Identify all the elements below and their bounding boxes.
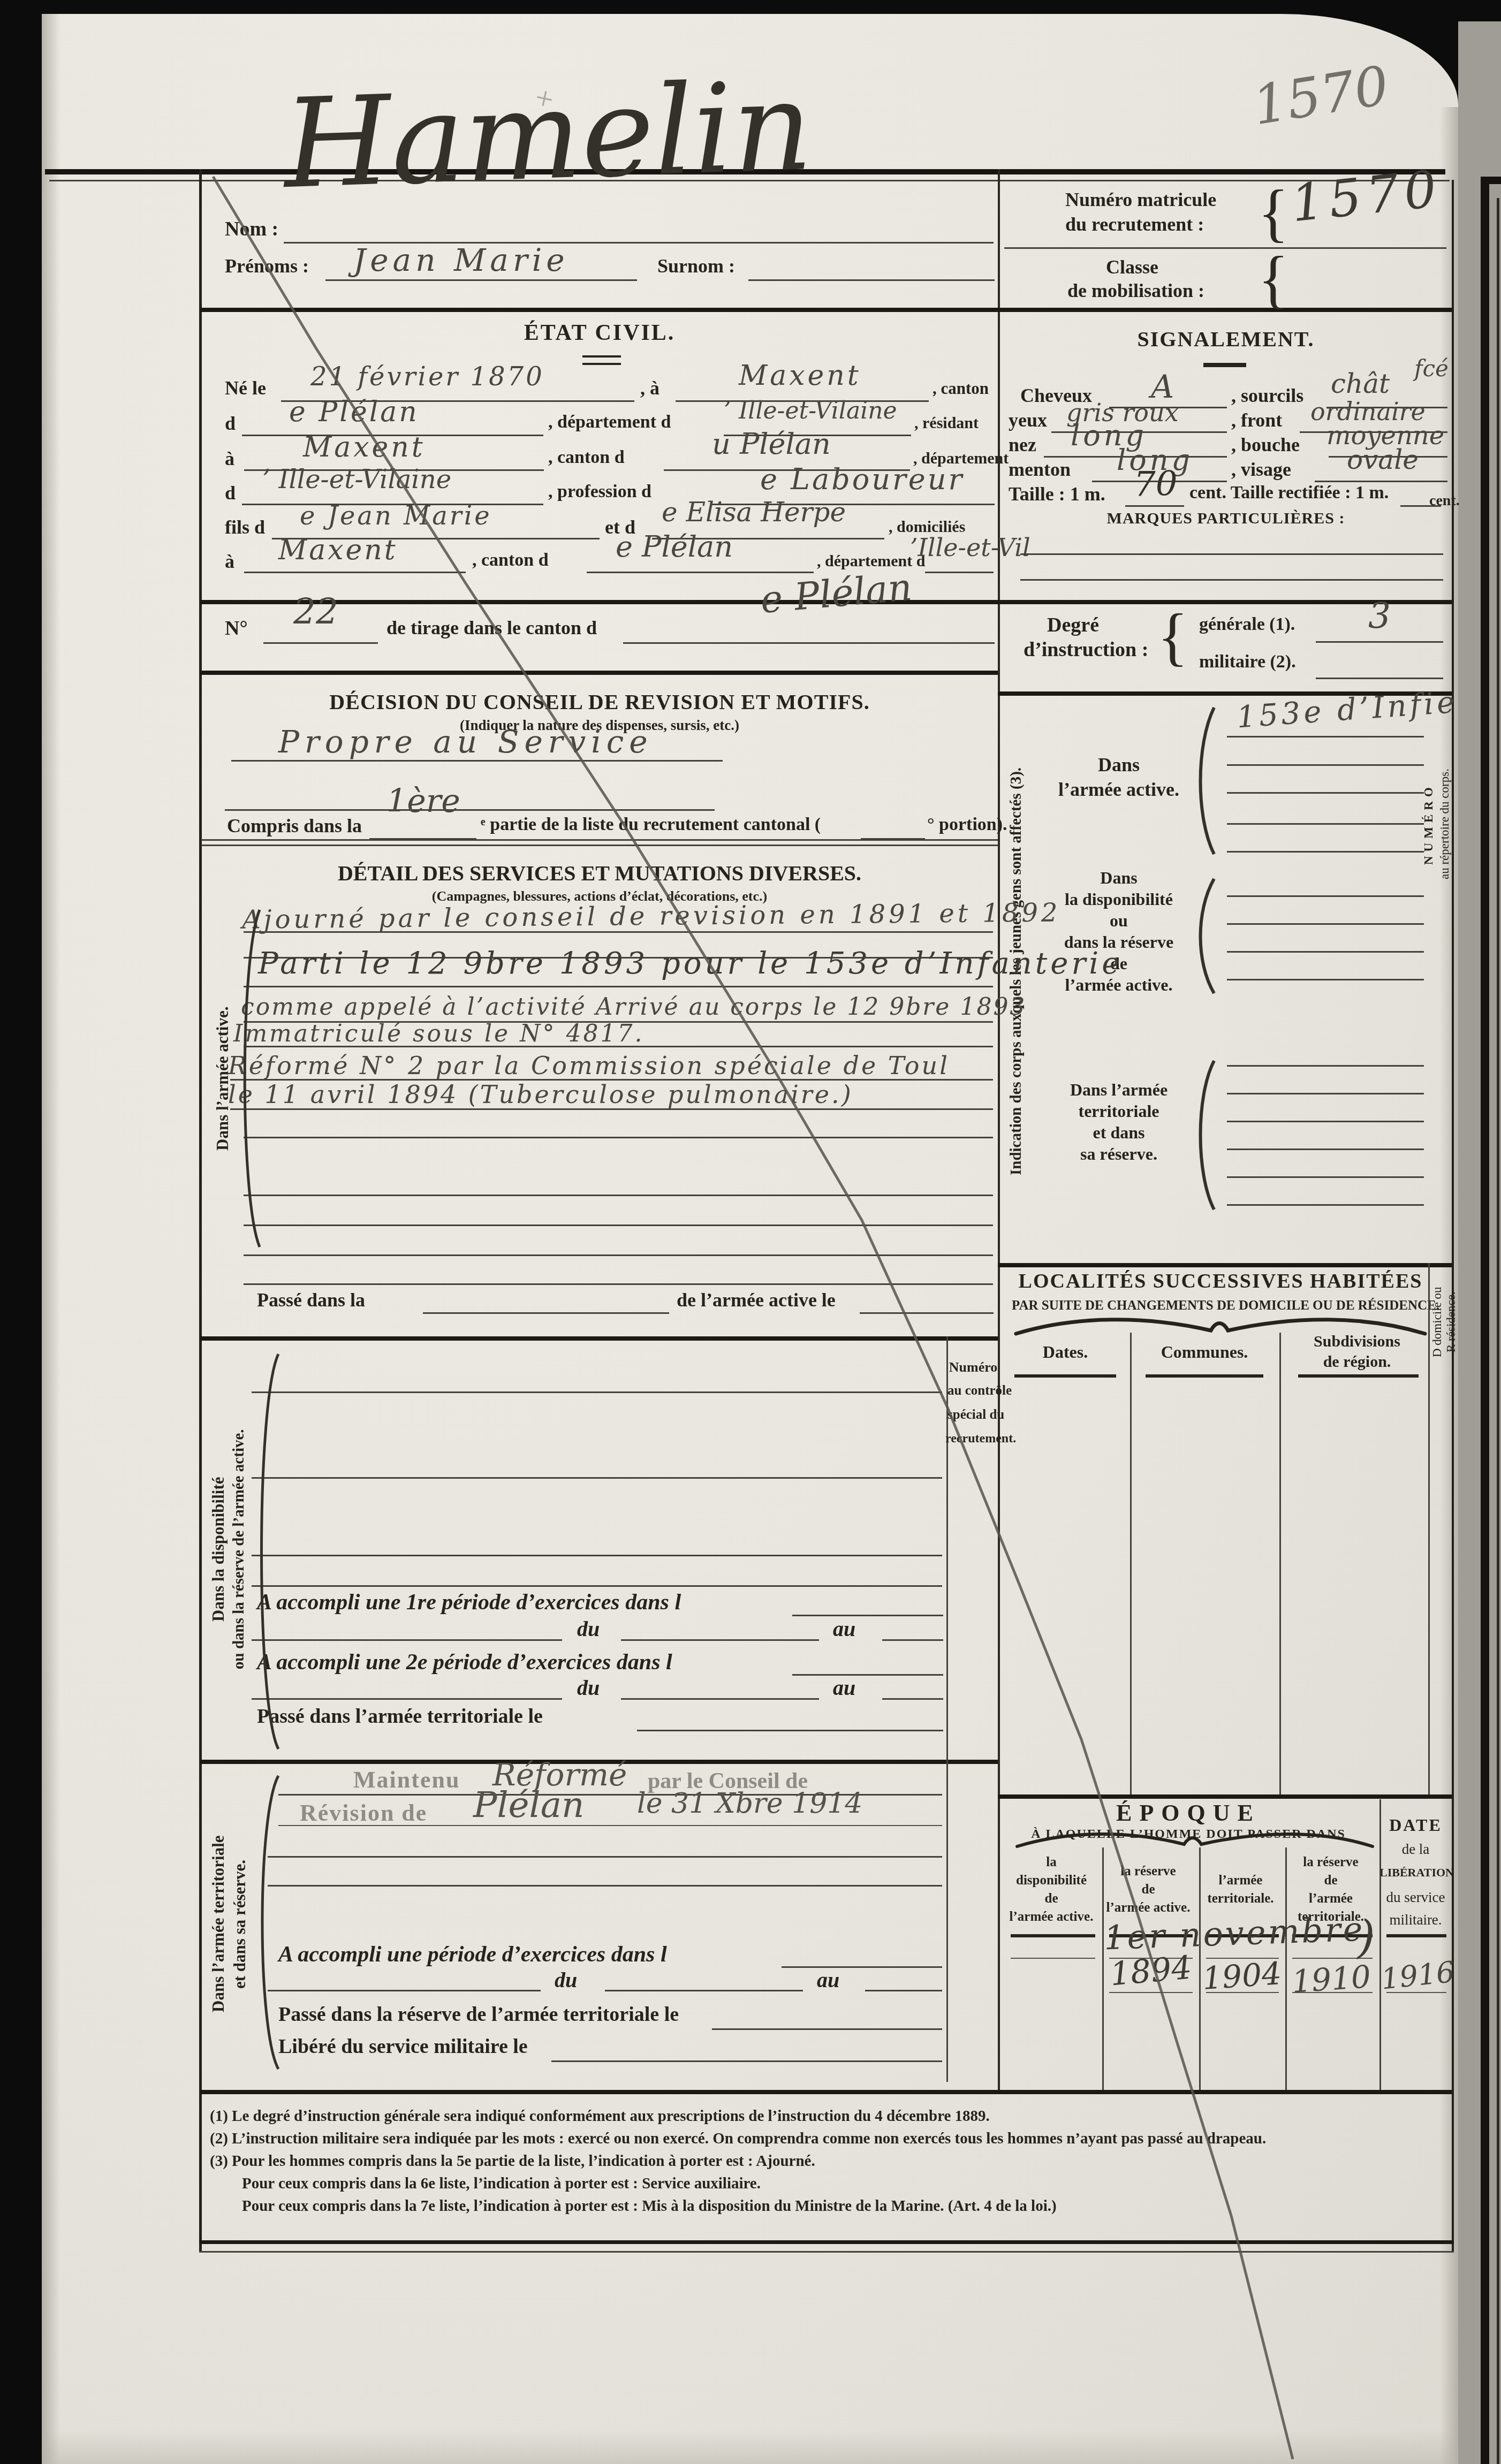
line [1227,895,1424,897]
localites-col-divider [1279,1333,1281,1794]
epoque-subtitle: À LAQUELLE L’HOMME DOIT PASSER DANS [1012,1827,1365,1842]
tirage-no-label: N° [225,617,248,640]
pere-value: e Jean Marie [300,501,492,531]
epoque-date-line-1: de la [1379,1841,1452,1858]
epoque-date-divider [1379,1799,1381,2090]
surnom-line [748,279,995,281]
next-page-frame-inner [1497,198,1499,2464]
localites-col-divider [1130,1333,1132,1794]
matricule-brace: { [1258,181,1289,245]
epoque-date-line-2: LIBÉRATION [1379,1866,1452,1880]
epoque-year-1910: 1910 [1290,1958,1373,2000]
epoque-date-line-0: DATE [1379,1815,1452,1835]
epoque-year-1916: 1916 [1379,1955,1452,1996]
controle-box-line-1: au contrôle [947,1383,999,1398]
line [1316,678,1443,679]
mere-value: e Elisa Herpe [662,497,846,528]
dispo-vertical-label-1: Dans la disponibilité [209,1354,229,1745]
card-frame-left [199,169,202,2252]
corps-active-label-1: Dans [1065,754,1172,776]
departement-value: ’Ille-et-Vil [910,533,1030,562]
passe-active-label-1: Passé dans la [257,1289,365,1311]
epoque-col1-line-3: l’armée active. [1005,1910,1097,1925]
compris-label-2: ᵉ partie de la liste du recrutement cant… [481,815,821,835]
line [244,986,993,987]
canton-value: e Plélan [289,396,419,428]
canton-value: u Plélan [712,427,831,461]
footnote-5: Pour ceux compris dans la 7e liste, l’in… [242,2197,1057,2215]
degre-generale-label: générale (1). [1199,614,1295,635]
classe-label-1: Classe [1106,256,1158,278]
line [1125,505,1184,507]
line [252,1391,942,1393]
etat-civil-title-dash [582,355,621,365]
canton-label: , canton [933,379,989,398]
line [1227,1093,1424,1094]
menton-label: menton [1009,458,1071,481]
stamp-maintenu: Maintenu [353,1766,460,1793]
line [551,2060,942,2062]
sourcils-value: chât [1331,368,1390,399]
next-page-edge [1458,21,1501,2464]
divider-right [998,1794,1452,1799]
du-label: du [577,1616,600,1641]
taille-value: 70 [1134,465,1177,504]
epoque-col-divider [1199,1847,1201,2090]
line [252,1555,942,1556]
line [882,1639,943,1641]
epoque-col1-line-2: de [1005,1891,1097,1906]
line [1227,979,1424,980]
line [1227,951,1424,953]
localites-col-communes: Communes. [1140,1342,1269,1362]
divider-left [200,1336,998,1341]
yeux-label: yeux [1009,409,1047,431]
tirage-no-value: 22 [293,591,338,632]
line [792,1674,943,1676]
next-page-frame-top [1481,177,1501,184]
epoque-col1-line-0: la [1005,1855,1097,1870]
signalement-title: SIGNALEMENT. [1092,326,1360,352]
epoque-col-divider [1285,1847,1287,2090]
epoque-col4-line-0: la réserve [1285,1855,1376,1870]
line [1227,736,1424,737]
controle-box-border [946,1336,948,2082]
a-label: à [225,550,234,573]
corps-terr-label-0: Dans l’armée [1038,1080,1199,1100]
nom-label: Nom : [225,217,278,241]
stamp-value-date: le 31 Xbre 1914 [637,1788,862,1820]
service-entry: Réformé N° 2 par la Commission spéciale … [228,1051,950,1080]
corps-terr-label-2: et dans [1038,1123,1199,1143]
line [268,1885,942,1887]
dispo-vertical-label-2: ou dans la réserve de l’armée active. [230,1354,249,1745]
line [1227,823,1424,825]
line [865,1990,942,1991]
numero-repertoire-label-2: au répertoire du corps. [1438,717,1453,931]
line [782,1966,942,1968]
localites-col-dates: Dates. [1012,1342,1119,1362]
sourcils-label: , sourcils [1231,384,1303,407]
corps-dispo-label-1: la disponibilité [1038,889,1199,909]
localites-side-label-2: R résidence. [1444,1263,1458,1381]
prenoms-line [325,279,637,281]
divider-left [200,671,998,675]
line [1227,1204,1424,1206]
ne-le-value: 21 février 1870 [310,362,544,392]
localites-col-subdiv-1: Subdivisions [1295,1333,1419,1351]
bouche-label: , bouche [1231,434,1300,456]
footnote-3: (3) Pour les hommes compris dans la 5e p… [210,2153,815,2170]
corps-dispo-label-2: ou [1038,911,1199,931]
residant-label: , résidant [914,414,979,432]
taille-rect-unit: cent. [1429,492,1460,509]
service-entry: Parti le 12 9bre 1893 pour le 153e d’Inf… [258,946,1123,981]
next-page-frame-vertical [1481,184,1489,2464]
commune-value: Maxent [303,431,426,463]
au-label: au [833,1616,855,1641]
line [1227,764,1424,766]
line [423,1312,669,1314]
localites-header-rule [1014,1374,1116,1378]
au-label: au [817,1967,839,1993]
line [252,1585,942,1587]
footnote-1: (1) Le degré d’instruction générale sera… [210,2108,990,2125]
line [882,1698,943,1700]
numero-repertoire-label-1: NUMÉRO [1422,717,1438,931]
line [1227,1121,1424,1122]
taille-label: Taille : 1 m. [1009,483,1105,505]
fils-label: fils d [225,516,265,538]
localites-side-divider [1428,1263,1430,1794]
epoque-month-paren: ) [1358,1911,1375,1963]
line [925,572,994,573]
classe-brace: { [1258,247,1289,311]
line [244,1137,993,1138]
degre-generale-value: 3 [1368,595,1391,636]
nez-label: nez [1009,434,1036,456]
epoque-col2-line-2: l’armée active. [1102,1900,1194,1915]
corps-active-label-2: l’armée active. [1049,778,1188,801]
line [1315,481,1447,482]
line [252,1698,562,1700]
controle-box-line-3: recrutement. [945,1432,1000,1446]
epoque-header-rule [1011,1934,1095,1937]
line [605,1990,803,1991]
ne-le-label: Né le [225,377,266,399]
controle-box-line-2: spécial du [947,1408,999,1423]
epoque-date-line-4: militaire. [1379,1912,1452,1928]
a-label: à [225,447,234,470]
degre-label-2: d’instruction : [1024,638,1148,661]
compris-value: 1ère [386,782,460,820]
detail-title: DÉTAIL DES SERVICES ET MUTATIONS DIVERSE… [289,861,910,886]
line [861,838,925,840]
departement-value: ’ Ille-et-Vilaine [262,465,451,495]
line [244,1225,993,1226]
scanned-register-page: 1570 + Hamelin Nom : Prénoms : Jean Mari… [0,0,1501,2464]
commune-value: Maxent [278,534,398,566]
service-entry: le 11 avril 1894 (Tuberculose pulmonaire… [228,1080,853,1109]
footnote-2: (2) L’instruction militaire sera indiqué… [210,2130,1266,2148]
line [252,1477,942,1479]
sourcils-value-2: fcé [1414,355,1449,382]
divider-right [998,1263,1452,1267]
localites-header-rule [1146,1374,1263,1378]
passe-territoriale-label: Passé dans l’armée territoriale le [257,1705,543,1728]
d-label: d [225,482,236,504]
compris-label-1: Compris dans la [227,815,362,837]
canton-label: , canton d [472,550,549,571]
classe-label-2: de mobilisation : [1067,279,1204,302]
au-label: au [833,1675,855,1700]
localites-header-rule [1298,1374,1419,1378]
line [623,642,995,644]
line [1020,579,1443,581]
degre-militaire-label: militaire (2). [1199,652,1296,672]
prenoms-label: Prénoms : [225,255,309,277]
degre-label-1: Degré [1047,613,1099,637]
line [1227,1065,1424,1067]
line [1227,851,1424,853]
line [1011,1958,1095,1959]
controle-box-line-0: Numéro [949,1359,998,1375]
line [252,1639,562,1641]
epoque-col2-line-0: la réserve [1102,1864,1194,1879]
localites-side-label-1: D domicile ou [1430,1263,1444,1381]
card-frame-right [1452,180,1454,2252]
canton-label: , canton d [548,447,625,468]
paper-bottom-shadow [42,2430,1458,2464]
matricule-divider [1004,247,1446,249]
line [1316,641,1443,643]
departement-label: , département d [548,412,671,432]
line [263,642,378,644]
line [268,1856,942,1858]
corps-terr-label-3: sa réserve. [1038,1144,1199,1164]
profession-value: e Laboureur [760,462,964,496]
canton-value: e Plélan [616,530,733,564]
line [244,572,466,573]
line [1227,1176,1424,1178]
epoque-col3-line-1: territoriale. [1199,1891,1282,1906]
stamp-revision-de: Révision de [300,1799,427,1827]
profession-label: , profession d [548,482,651,502]
territoriale-vertical-label-2: et dans sa réserve. [230,1771,249,2077]
line [860,1312,994,1314]
signalement-title-dash [1203,363,1246,367]
d-label: d [225,412,236,435]
localites-title: LOCALITÉS SUCCESSIVES HABITÉES [1012,1269,1429,1293]
epoque-col4-line-2: l’armée [1285,1891,1376,1906]
line [278,1825,942,1826]
divider-footnotes [200,2090,1452,2094]
surnom-label: Surnom : [657,255,735,277]
service-entry: Immatriculé sous le N° 4817. [233,1020,644,1047]
epoque-col3-line-0: l’armée [1199,1873,1282,1888]
line [231,760,723,762]
line [244,1283,993,1285]
decision-title: DÉCISION DU CONSEIL DE REVISION ET MOTIF… [300,689,899,714]
epoque-year-1894: 1894 [1106,1949,1195,1994]
line [621,1639,819,1641]
card-frame-bottom-thin [199,2251,1454,2253]
a-label: , à [640,377,659,399]
footnote-4: Pour ceux compris dans la 6e liste, l’in… [242,2175,761,2193]
passe-reserve-label: Passé dans la réserve de l’armée territo… [278,2003,679,2026]
visage-label: , visage [1231,458,1291,481]
epoque-header-rule [1386,1934,1446,1937]
marques-label: MARQUES PARTICULIÈRES : [1076,509,1376,528]
front-label: , front [1231,409,1282,431]
prenoms-value-handwritten: Jean Marie [353,242,569,278]
service-entry: comme appelé à l’activité Arrivé au corp… [241,993,1026,1021]
periode1-label: A accompli une 1re période d’exercices d… [257,1590,681,1615]
divider-double-2 [201,845,998,846]
line [1227,792,1424,794]
epoque-col4-line-1: de [1285,1873,1376,1888]
du-label: du [555,1967,577,1993]
decision-value-handwritten: Propre au Service [278,724,653,760]
epoque-title: ÉPOQUE [1028,1799,1349,1827]
epoque-year-1904: 1904 [1201,1955,1283,1997]
line [244,1195,993,1196]
localites-col-subdiv-2: de région. [1295,1353,1419,1371]
paper-left-shadow [42,14,60,2464]
line [268,1990,541,1991]
localites-subtitle: PAR SUITE DE CHANGEMENTS DE DOMICILE OU … [1012,1298,1429,1313]
nom-value-handwritten: Hamelin [282,55,815,216]
territoriale-vertical-label-1: Dans l’armée territoriale [209,1771,229,2077]
tirage-canton-label: de tirage dans le canton d [386,617,597,639]
line [621,1698,819,1700]
du-label: du [577,1675,600,1700]
corps-dispo-label-0: Dans [1038,868,1199,888]
corps-terr-label-1: territoriale [1038,1101,1199,1121]
line [225,809,715,811]
line [712,2028,942,2030]
periode2-label: A accompli une 2e période d’exercices da… [257,1649,672,1675]
departement-value: ’ Ille-et-Vilaine [724,397,897,424]
degre-brace: { [1157,605,1188,669]
passe-active-label-2: de l’armée active le [677,1289,836,1311]
line [244,1254,993,1256]
visage-value: ovale [1347,444,1419,475]
line [587,572,814,573]
line [1227,923,1424,925]
etat-civil-title: ÉTAT CIVIL. [439,320,760,346]
line [1020,553,1443,555]
line [369,838,476,840]
epoque-date-line-3: du service [1379,1889,1452,1906]
matricule-label-2: du recrutement : [1065,213,1204,235]
territoriale-periode-label: A accompli une période d’exercices dans … [278,1942,667,1967]
epoque-col-divider [1102,1847,1104,2090]
epoque-col2-line-1: de [1102,1882,1194,1897]
line [1227,1149,1424,1150]
taille-rectifiee-label: cent. Taille rectifiée : 1 m. [1189,483,1389,503]
matricule-label-1: Numéro matricule [1065,188,1216,211]
epoque-col1-line-1: disponibilité [1005,1873,1097,1888]
card-frame-bottom-heavy [199,2240,1454,2244]
compris-label-3: ° portion). [927,815,1007,835]
line [637,1730,943,1731]
commune-value: Maxent [739,360,861,392]
line [792,1615,943,1616]
libere-label: Libéré du service militaire le [278,2035,528,2058]
stamp-value-plelan: Plélan [473,1784,585,1826]
